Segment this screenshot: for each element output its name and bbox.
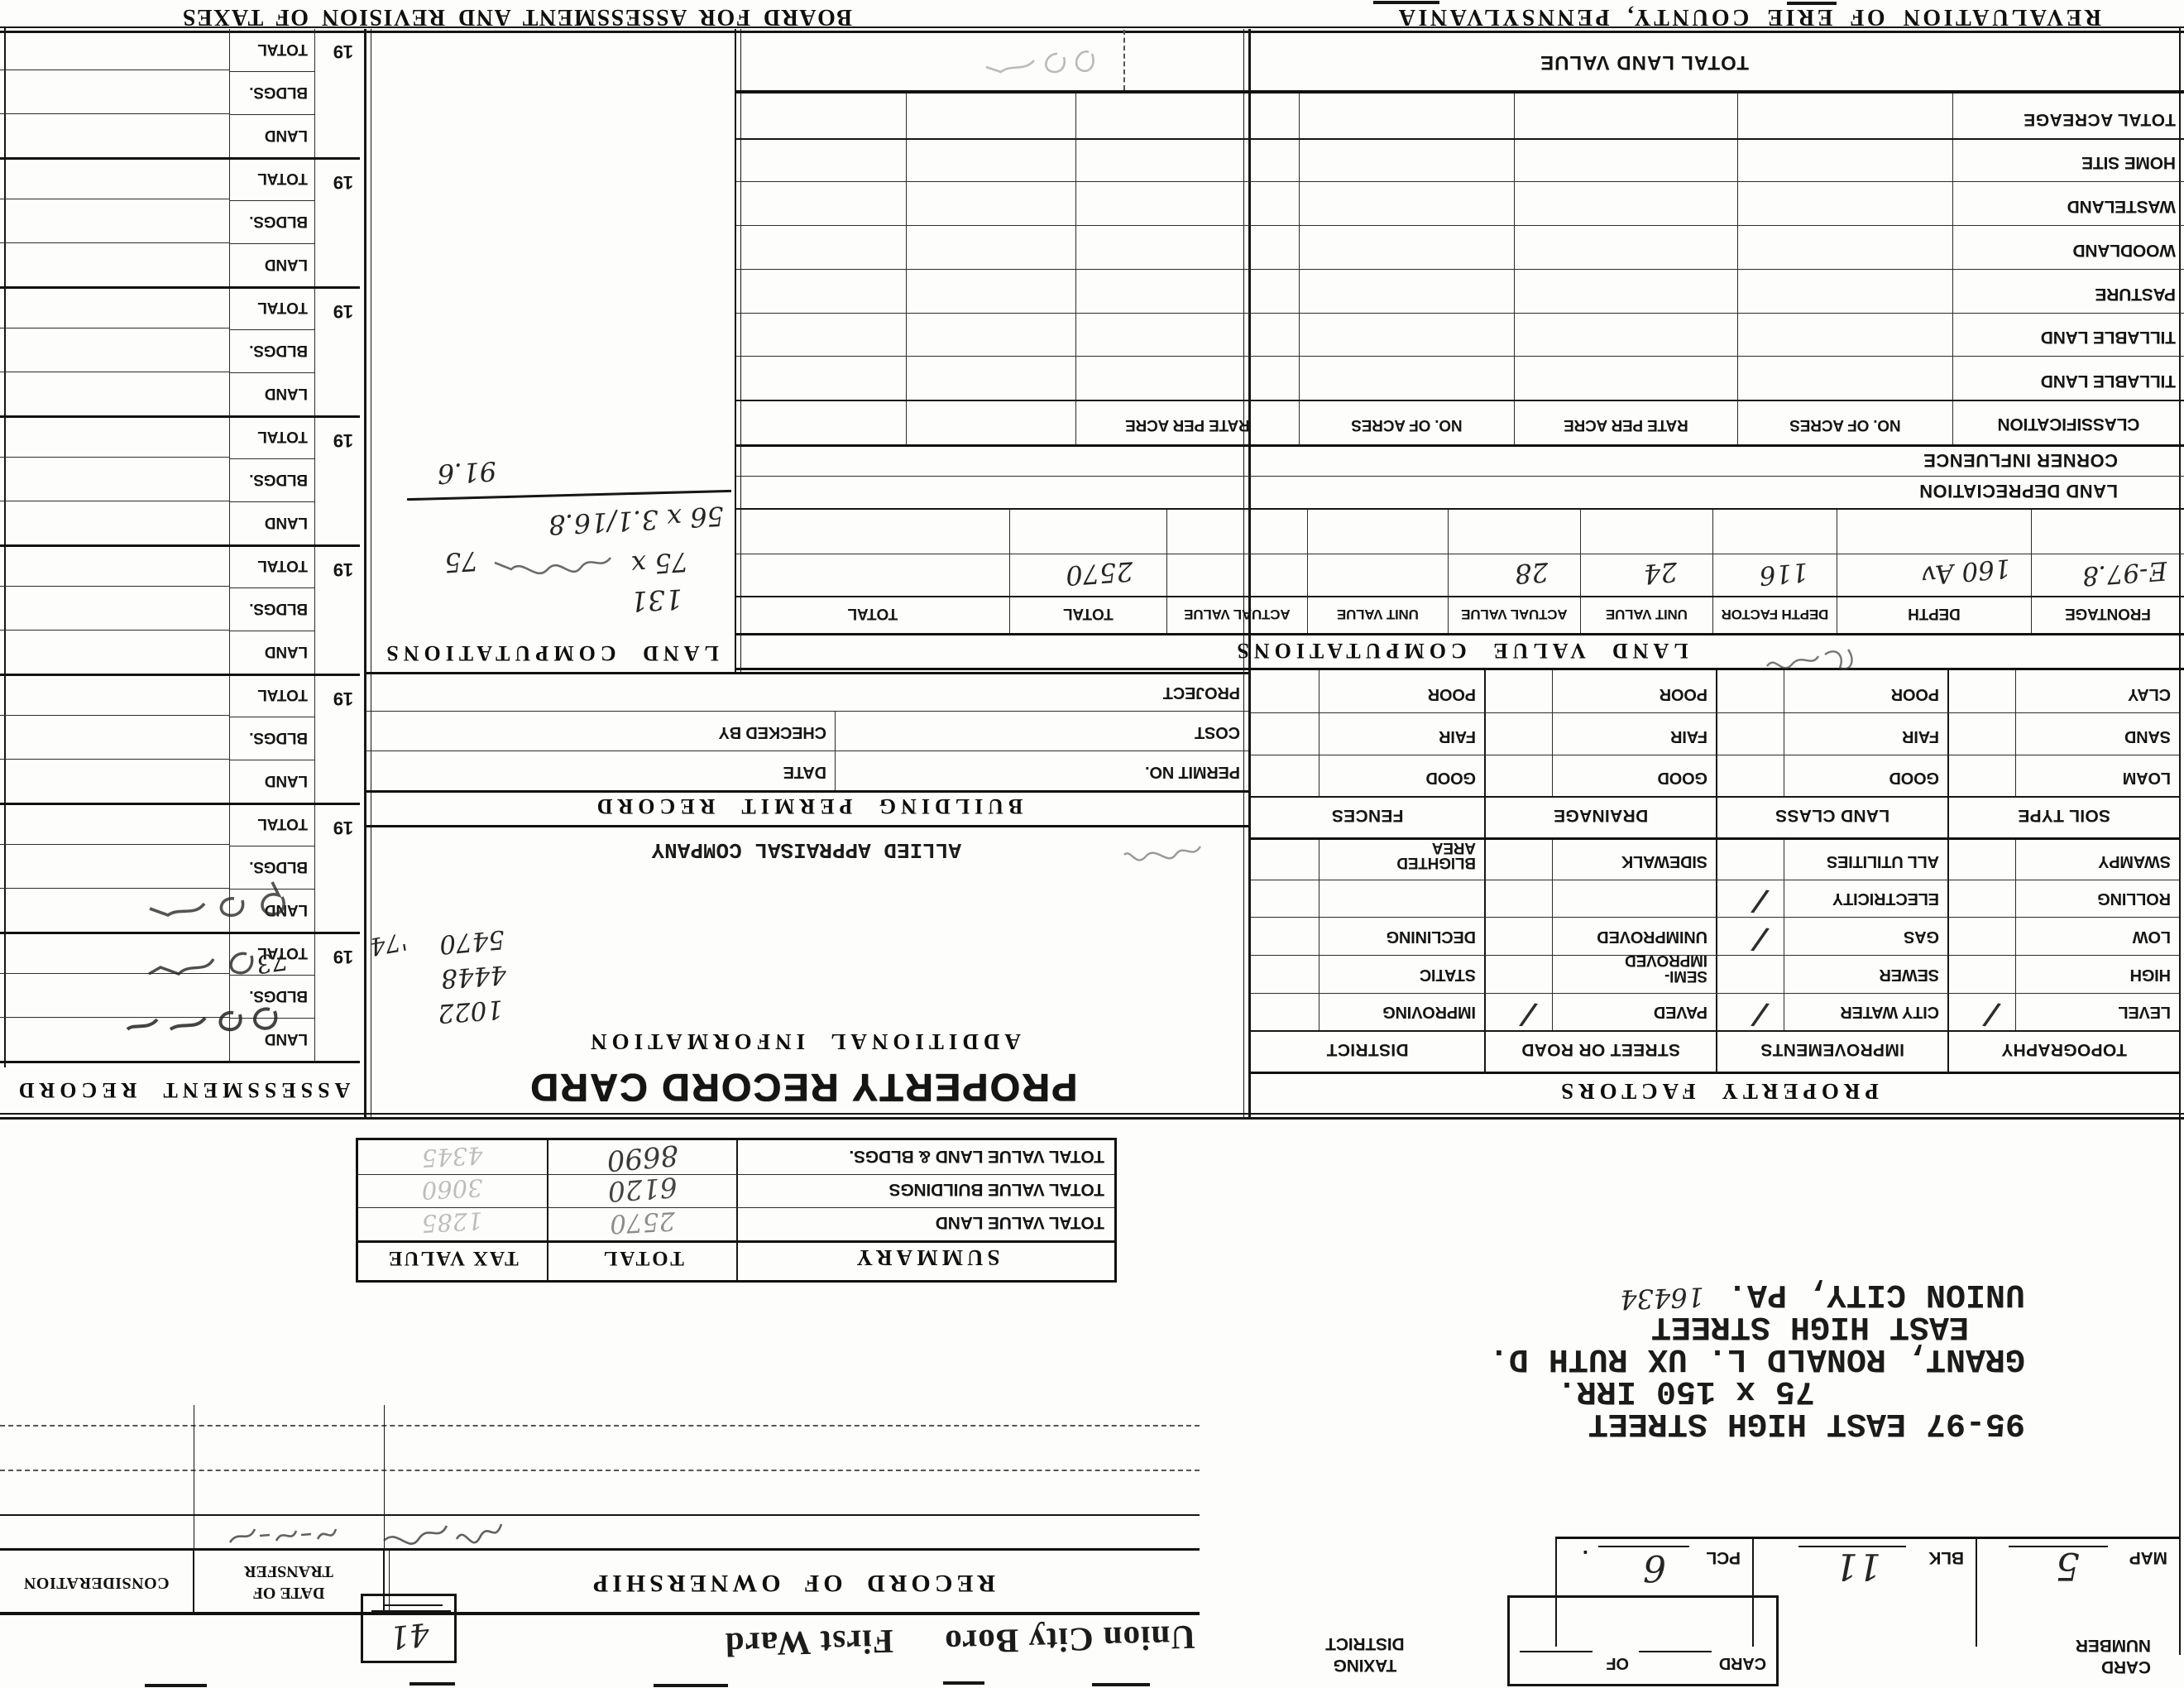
land-note-75x: 75 x bbox=[630, 546, 689, 582]
land-note-56x: 56 x 3.1/16.8 bbox=[548, 500, 725, 540]
assessment-bldgs-label: BLDGS. bbox=[230, 717, 314, 760]
summary-row-label: TOTAL VALUE LAND & BLDGS. bbox=[738, 1146, 1114, 1174]
assessment-total-label: TOTAL bbox=[230, 415, 314, 458]
mid-col-right-rule bbox=[364, 29, 366, 1117]
building-permit-table: BUILDING PERMIT RECORD PERMIT NO. DATE C… bbox=[366, 672, 1248, 827]
lvc-total-value: 2570 bbox=[1009, 553, 1168, 601]
pf-col-street: STREET OR ROAD bbox=[1486, 1041, 1716, 1072]
class-row-total-acreage: TOTAL ACREAGE bbox=[1953, 111, 2184, 138]
total-land-value-scribble bbox=[976, 41, 1100, 79]
pf-sewer: SEWER bbox=[1784, 966, 1947, 993]
building-permit-record-title: BUILDING PERMIT RECORD bbox=[366, 794, 1248, 825]
ownership-row1-rule bbox=[0, 1514, 1200, 1516]
scanned-property-record-card: CARD NUMBER CARD OF TAXING DISTRICT Unio… bbox=[0, 0, 2184, 1688]
checkmark: ∕ bbox=[1752, 1000, 1767, 1030]
corner-influence-row: CORNER INFLUENCE bbox=[736, 447, 2184, 477]
address-mailing-street: EAST HIGH STREET bbox=[1651, 1307, 1969, 1345]
year-19-prefix: 19 bbox=[333, 934, 360, 967]
class-row-woodland: WOODLAND bbox=[1953, 242, 2184, 269]
main-double-rule-a bbox=[0, 1117, 2184, 1120]
lvc-h-actual-value-1: ACTUAL VALUE bbox=[1449, 607, 1580, 633]
summary-total-header: TOTAL bbox=[549, 1246, 737, 1280]
lvc-h-frontage: FRONTAGE bbox=[2032, 606, 2184, 633]
classification-header: CLASSIFICATION bbox=[1953, 415, 2184, 444]
pf-unimproved: UNIMPROVED bbox=[1553, 928, 1716, 955]
year-19-prefix: 19 bbox=[333, 29, 360, 62]
lvc-title-row: LAND VALUE COMPUTATIONS bbox=[736, 633, 2184, 670]
scan-artifact bbox=[145, 1684, 207, 1687]
pf-semi-improved: SEMI-IMPROVED bbox=[1608, 952, 1716, 992]
soil-clay: CLAY bbox=[2016, 686, 2179, 712]
year-19-prefix: 19 bbox=[333, 289, 360, 322]
assessment-total-label: TOTAL bbox=[230, 286, 314, 329]
date-of-transfer-label-line1: DATE OF bbox=[194, 1583, 383, 1602]
map-value-handwritten: 5 bbox=[2056, 1544, 2080, 1589]
blk-underline bbox=[1798, 1546, 1906, 1547]
assessment-land-label: LAND bbox=[230, 760, 314, 803]
pcl-end-divider bbox=[1555, 1539, 1557, 1647]
fences-poor: POOR bbox=[1319, 686, 1484, 712]
additional-info-number-2: 4448 bbox=[440, 959, 507, 993]
year-19-prefix: 19 bbox=[333, 676, 360, 709]
scan-artifact bbox=[1092, 1683, 1150, 1686]
soil-col-fences: FENCES bbox=[1251, 807, 1484, 837]
record-of-ownership-title: RECORD OF OWNERSHIP bbox=[385, 1569, 1200, 1597]
soil-table: SOIL TYPE LAND CLASS DRAINAGE FENCES LOA… bbox=[1251, 670, 2179, 840]
classification-table: CLASSIFICATION NO. OF ACRES RATE PER ACR… bbox=[736, 94, 2184, 447]
lvc-h-actual-value-2: ACTUAL VALUE bbox=[1167, 607, 1307, 633]
appraisal-company-line: ALLIED APPRAISAL COMPANY bbox=[652, 837, 961, 862]
assessment-total-label: TOTAL bbox=[230, 29, 314, 71]
property-record-card-title: PROPERTY RECORD CARD bbox=[366, 1065, 1241, 1110]
land-computations-title: LAND COMPUTATIONS bbox=[364, 640, 736, 665]
drainage-fair: FAIR bbox=[1553, 728, 1716, 755]
pcl-value-handwritten: 6 bbox=[1643, 1547, 1666, 1589]
land-note-result: 91.6 bbox=[437, 455, 497, 490]
scan-artifact bbox=[943, 1681, 984, 1685]
address-street: 95-97 EAST HIGH STREET bbox=[1588, 1404, 2025, 1441]
soil-col-land-class: LAND CLASS bbox=[1717, 807, 1947, 837]
pcl-underline bbox=[1598, 1546, 1689, 1547]
pf-static: STATIC bbox=[1319, 966, 1484, 993]
assessment-land-label: LAND bbox=[230, 372, 314, 415]
permit-cost-label: COST bbox=[836, 724, 1248, 750]
tlv-divider bbox=[1123, 30, 1125, 90]
assessment-bldgs-label: BLDGS. bbox=[230, 587, 314, 631]
map-blk-pcl-row: MAP 5 BLK 11 PCL 6 . bbox=[1555, 1537, 2179, 1647]
assessment-total-label: TOTAL bbox=[230, 674, 314, 717]
pf-all-utilities: ALL UTILITIES bbox=[1784, 853, 1947, 880]
blk-pcl-divider bbox=[1752, 1539, 1754, 1647]
no-of-acres-header-2: NO. OF ACRES bbox=[1300, 417, 1514, 444]
pf-city-water: CITY WATER bbox=[1784, 1004, 1947, 1030]
additional-information-title: ADDITIONAL INFORMATION bbox=[366, 1029, 1241, 1054]
ownership-row2-rule bbox=[0, 1470, 1200, 1471]
map-blk-divider bbox=[1976, 1539, 1977, 1647]
assessment-total-label: TOTAL bbox=[230, 544, 314, 587]
checkmark: ∕ bbox=[1752, 924, 1767, 955]
address-lot-size: 75 x 150 IRR. bbox=[1557, 1372, 1815, 1409]
checkmark: ∕ bbox=[1521, 1000, 1535, 1030]
lvc-h-depth: DEPTH bbox=[1837, 606, 2031, 633]
lvc-table: FRONTAGE DEPTH DEPTH FACTOR UNIT VALUE A… bbox=[736, 510, 2184, 635]
pf-electricity: ELECTRICITY bbox=[1784, 890, 1947, 917]
year-19-prefix: 19 bbox=[333, 547, 360, 580]
landclass-good: GOOD bbox=[1784, 770, 1947, 796]
assessment-record-title: ASSESSMENT RECORD bbox=[4, 1077, 360, 1102]
pf-low: LOW bbox=[2016, 928, 2179, 955]
pf-gas: GAS bbox=[1784, 928, 1947, 955]
main-double-rule-b bbox=[0, 1113, 2184, 1115]
class-row-wasteland: WASTELAND bbox=[1953, 198, 2184, 225]
class-row-tillable-1: TILLABLE LAND bbox=[1953, 372, 2184, 400]
pf-col-improvements: IMPROVEMENTS bbox=[1717, 1041, 1947, 1072]
pcl-label: PCL bbox=[1707, 1547, 1741, 1567]
year-19-prefix: 19 bbox=[333, 160, 360, 193]
fences-fair: FAIR bbox=[1319, 728, 1484, 755]
summary-row-label: TOTAL VALUE BUILDINGS bbox=[738, 1179, 1114, 1207]
ownership-date-consideration-divider bbox=[193, 1551, 194, 1612]
card-number-handwritten: 41 bbox=[387, 1616, 431, 1657]
additional-info-number-1: 1022 bbox=[437, 994, 504, 1028]
permit-project-label: PROJECT bbox=[366, 684, 1248, 711]
blk-label: BLK bbox=[1928, 1547, 1964, 1567]
pf-improving: IMPROVING bbox=[1319, 1004, 1484, 1030]
ownership-header-band: RECORD OF OWNERSHIP DATE OF TRANSFER CON… bbox=[0, 1548, 1200, 1615]
fences-good: GOOD bbox=[1319, 770, 1484, 796]
document-page-rotated-180: CARD NUMBER CARD OF TAXING DISTRICT Unio… bbox=[0, 0, 2184, 1688]
lvc-depth-factor-value: 116 bbox=[1712, 554, 1837, 601]
assessment-1974-values-scribble bbox=[136, 864, 294, 918]
scan-artifact bbox=[654, 1684, 728, 1687]
taxing-district-label-line1: TAXING bbox=[1298, 1655, 1432, 1675]
taxing-district-stamp-part1: Union City Boro bbox=[944, 1618, 1196, 1662]
property-factors-title: PROPERTY FACTORS bbox=[1251, 1078, 2184, 1104]
corner-influence-label: CORNER INFLUENCE bbox=[1923, 449, 2118, 471]
pf-swampy: SWAMPY bbox=[2016, 853, 2179, 880]
assessment-total-label: TOTAL bbox=[230, 803, 314, 846]
transfer-date-scribble bbox=[215, 1519, 339, 1549]
summary-table: SUMMARY TOTAL TAX VALUE TOTAL VALUE LAND… bbox=[356, 1138, 1117, 1283]
pf-col-district: DISTRICT bbox=[1251, 1041, 1484, 1072]
checkmark: ∕ bbox=[1752, 887, 1767, 918]
date-of-transfer-label-line2: TRANSFER bbox=[194, 1561, 383, 1580]
land-depreciation-row: LAND DEPRECIATION bbox=[736, 476, 2184, 510]
assessment-year-1973-handwritten: 73 bbox=[255, 946, 290, 979]
assessment-year-74-note: '74 bbox=[368, 927, 409, 961]
permit-date-label: DATE bbox=[366, 764, 835, 790]
soil-col-soil-type: SOIL TYPE bbox=[1949, 807, 2179, 837]
property-factors-table: TOPOGRAPHY IMPROVEMENTS STREET OR ROAD D… bbox=[1251, 840, 2179, 1074]
card-of-of-label: OF bbox=[1607, 1653, 1629, 1672]
map-label: MAP bbox=[2129, 1547, 2167, 1567]
total-land-value-row: TOTAL LAND VALUE bbox=[736, 30, 2184, 94]
additional-info-scribble bbox=[1121, 837, 1204, 865]
year-19-prefix: 19 bbox=[333, 418, 360, 451]
drainage-good: GOOD bbox=[1553, 770, 1716, 796]
checkmark: ∕ bbox=[1984, 1000, 1999, 1030]
scan-artifact bbox=[409, 1682, 455, 1686]
landclass-fair: FAIR bbox=[1784, 728, 1947, 755]
assessment-bldgs-label: BLDGS. bbox=[230, 71, 314, 114]
assessment-bldgs-label: BLDGS. bbox=[230, 458, 314, 501]
assessment-bldgs-label: BLDGS. bbox=[230, 200, 314, 243]
lvc-h-depth-factor: DEPTH FACTOR bbox=[1713, 607, 1837, 633]
assessment-land-label: LAND bbox=[230, 243, 314, 286]
permit-checked-by-label: CHECKED BY bbox=[366, 724, 835, 750]
map-underline bbox=[2009, 1546, 2108, 1547]
summary-header: SUMMARY bbox=[738, 1244, 1114, 1280]
lvc-unit-value: 24 bbox=[1579, 553, 1713, 602]
total-land-value-label: TOTAL LAND VALUE bbox=[1540, 50, 1749, 74]
lvc-h-unit-value-2: UNIT VALUE bbox=[1308, 607, 1448, 633]
address-owner: GRANT, RONALD L. UX RUTH D. bbox=[1489, 1340, 2025, 1377]
pf-declining: DECLINING bbox=[1319, 928, 1484, 955]
year-19-prefix: 19 bbox=[333, 805, 360, 838]
owner-name-scribble bbox=[381, 1516, 505, 1549]
assessment-land-label: LAND bbox=[230, 631, 314, 674]
card-of-blank-1 bbox=[1639, 1651, 1712, 1652]
footer-board-title: BOARD FOR ASSESSMENT AND REVISION OF TAX… bbox=[181, 3, 852, 30]
no-of-acres-header-1: NO. OF ACRES bbox=[1738, 417, 1952, 444]
land-note-75: 75 bbox=[443, 545, 479, 579]
summary-landbldgs-tax-handwritten: 4345 bbox=[357, 1138, 548, 1179]
landclass-poor: POOR bbox=[1784, 686, 1947, 712]
assessment-land-label: LAND bbox=[230, 114, 314, 157]
land-note-131: 131 bbox=[630, 583, 683, 617]
lvc-actual-value: 28 bbox=[1448, 554, 1582, 600]
blk-value-handwritten: 11 bbox=[1835, 1545, 1881, 1587]
card-of-card-label: CARD bbox=[1719, 1653, 1766, 1672]
rate-per-acre-header-1: RATE PER ACRE bbox=[1515, 417, 1737, 444]
summary-tax-value-header: TAX VALUE bbox=[358, 1246, 548, 1280]
pf-rolling: ROLLING bbox=[2016, 890, 2179, 917]
permit-no-label: PERMIT NO. bbox=[836, 764, 1248, 790]
pf-sidewalk: SIDEWALK bbox=[1553, 853, 1716, 880]
pf-paved: PAVED bbox=[1553, 1004, 1716, 1030]
class-row-tillable-2: TILLABLE LAND bbox=[1953, 329, 2184, 357]
soil-sand: SAND bbox=[2016, 728, 2179, 755]
taxing-district-stamp-part2: First Ward bbox=[725, 1622, 894, 1665]
address-zip-handwritten: 16434 bbox=[1620, 1281, 1705, 1316]
assessment-1973-values-scribble bbox=[124, 976, 281, 1034]
card-of-blank-2 bbox=[1520, 1651, 1592, 1652]
assessment-land-label: LAND bbox=[230, 501, 314, 544]
land-depreciation-label: LAND DEPRECIATION bbox=[1919, 480, 2118, 501]
address-city-state: UNION CITY, PA. bbox=[1727, 1275, 2025, 1312]
pf-level: LEVEL bbox=[2016, 1004, 2179, 1030]
assessment-total-label: TOTAL bbox=[230, 157, 314, 200]
rate-per-acre-header-2: RATE PER ACRE bbox=[1076, 417, 1299, 444]
pf-blighted-area: BLIGHTED AREA bbox=[1385, 840, 1484, 880]
lvc-h-total-1: TOTAL bbox=[1010, 606, 1166, 633]
ownership-row3-rule bbox=[0, 1425, 1200, 1427]
soil-col-drainage: DRAINAGE bbox=[1486, 807, 1716, 837]
assessment-bldgs-label: BLDGS. bbox=[230, 329, 314, 372]
summary-row-label: TOTAL VALUE LAND bbox=[738, 1212, 1114, 1240]
class-row-home-site: HOME SITE bbox=[1953, 155, 2184, 182]
lvc-h-total-2: TOTAL bbox=[736, 606, 1009, 633]
land-note-scribble bbox=[490, 548, 614, 578]
pcl-period: . bbox=[1583, 1545, 1588, 1571]
additional-info-number-3: 5470 bbox=[438, 924, 506, 960]
footer-revaluation-title: REVALUATION OF ERIE COUNTY, PENNSYLVANIA bbox=[1396, 3, 2101, 30]
land-note-fraction-bar bbox=[407, 490, 731, 501]
card-number-label-line1: CARD bbox=[2101, 1657, 2151, 1676]
assessment-1973-total-scribble bbox=[132, 944, 256, 981]
drainage-poor: POOR bbox=[1553, 686, 1716, 712]
consideration-label: CONSIDERATION bbox=[0, 1573, 193, 1592]
soil-loam: LOAM bbox=[2016, 770, 2179, 796]
lvc-h-unit-value-1: UNIT VALUE bbox=[1581, 607, 1712, 633]
land-value-computations-title: LAND VALUE COMPUTATIONS bbox=[984, 638, 1936, 663]
ownership-consideration-col-rule bbox=[194, 1405, 194, 1554]
lvc-frontage-value: E-97.8 bbox=[2031, 554, 2184, 602]
pf-col-topography: TOPOGRAPHY bbox=[1949, 1041, 2179, 1072]
class-row-pasture: PASTURE bbox=[1953, 285, 2184, 313]
taxing-district-label-line2: DISTRICT bbox=[1298, 1633, 1432, 1653]
pf-high: HIGH bbox=[2016, 966, 2179, 993]
